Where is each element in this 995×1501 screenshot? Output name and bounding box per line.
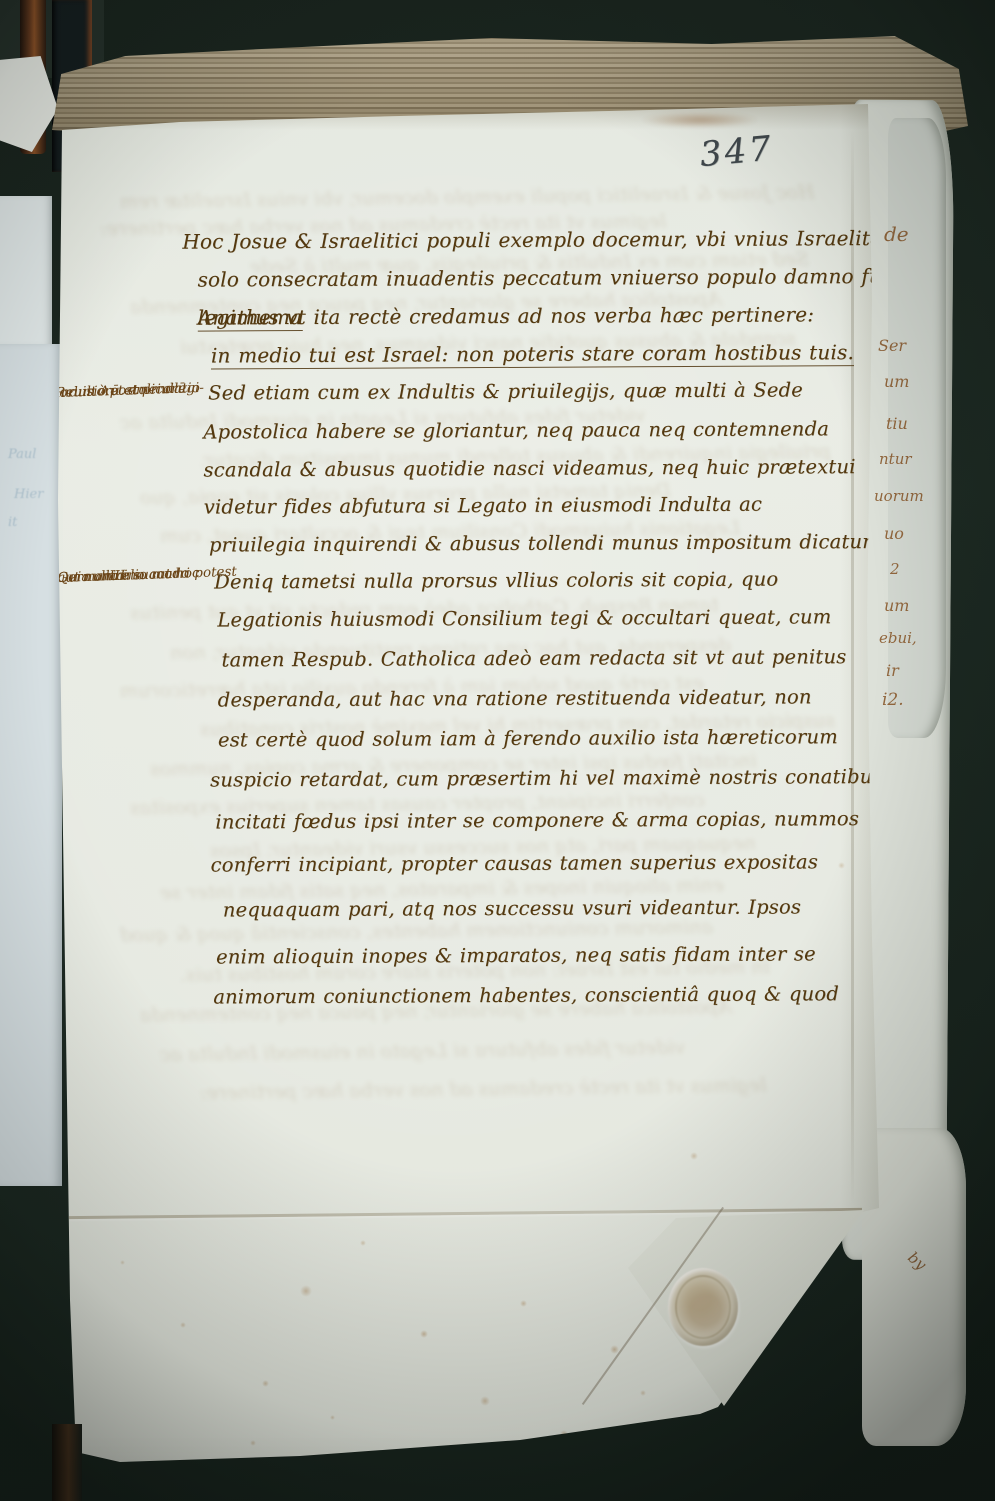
embossed-seal <box>668 1268 738 1346</box>
text-run: Legationis huiusmodi Consilium tegi & oc… <box>217 605 831 631</box>
text-run: priuilegia inquirendi & abusus tollendi … <box>209 530 876 556</box>
underlying-page-edge-left <box>0 196 52 346</box>
underlying-page-edge-left <box>0 344 62 1186</box>
adjacent-page-text-fragment: 2 <box>890 560 900 578</box>
text-run: enim alioquin inopes & imparatos, neq sa… <box>216 942 816 968</box>
stain-spot <box>480 1396 490 1406</box>
stain-spot <box>690 1152 698 1160</box>
text-run: conferri incipiant, propter causas tamen… <box>211 850 819 876</box>
page-number: 347 <box>698 128 775 175</box>
adjacent-page-text-fragment: uorum <box>874 487 924 505</box>
stain-spot <box>330 1415 335 1420</box>
stain-spot <box>420 1330 428 1338</box>
stain-spot <box>120 1260 125 1265</box>
stain-spot <box>262 1380 269 1387</box>
adjacent-page-text-fragment: Ser <box>878 336 906 355</box>
adjacent-page-text-fragment: de <box>884 222 909 246</box>
text-run: suspicio retardat, cum præsertim hi vel … <box>210 765 883 792</box>
text-run: est certè quod solum iam à ferendo auxil… <box>218 725 838 751</box>
adjacent-page-text-fragment: ntur <box>879 450 912 468</box>
stain-spot <box>180 1322 186 1328</box>
text-run: Apostolica habere se gloriantur, neq pau… <box>203 417 829 443</box>
stain-spot <box>640 1390 646 1396</box>
stain-spot <box>838 862 845 869</box>
stain-spot <box>560 1430 568 1438</box>
text-run: incitati fœdus ipsi inter se componere &… <box>215 807 859 833</box>
adjacent-page-text-fragment: uo <box>884 524 904 543</box>
stain-spot <box>300 1285 312 1297</box>
handwritten-text-block: 347 Hoc Josue & Israelitici populi exemp… <box>0 0 995 1501</box>
adjacent-page-text-fragment: um <box>884 596 909 615</box>
text-run: Sed etiam cum ex Indultis & priuilegijs,… <box>208 378 803 404</box>
left-page-faint-text-fragment: Hier <box>14 487 43 502</box>
text-run: in medio tui est Israel: non poteris sta… <box>211 340 854 369</box>
stain-spot <box>520 1300 527 1307</box>
text-run: Deniq tametsi nulla prorsus vllius color… <box>214 568 778 594</box>
adjacent-page-text-fragment: ir <box>886 661 899 680</box>
text-run: scandala & abusus quotidie nasci videamu… <box>203 455 855 481</box>
adjacent-page-text-fragment: tiu <box>886 414 908 433</box>
text-run: videtur fides abfutura si Legato in eius… <box>204 493 762 519</box>
stain-spot <box>360 1240 366 1246</box>
text-run: tamen Respub. Catholica adeò eam redacta… <box>221 645 846 671</box>
text-run: solo consecratam inuadentis peccatum vni… <box>197 264 921 292</box>
text-run: nequaquam pari, atq nos successu vsuri v… <box>223 895 801 921</box>
stain-spot <box>250 1440 256 1446</box>
manuscript-photo: PaulHierit Hoc Josue & Israelitici popul… <box>0 0 995 1501</box>
manuscript-page: Hoc Josue & Israelitici populi exemplo d… <box>0 0 995 1501</box>
text-run: animorum coniunctionem habentes, conscie… <box>213 982 839 1008</box>
text-run: Anathema <box>198 305 303 332</box>
stain-spot <box>760 1360 766 1366</box>
book-spine-bottom <box>52 1424 82 1501</box>
text-run: desperanda, aut hac vna ratione restitue… <box>218 685 812 711</box>
adjacent-page-text-fragment: um <box>884 372 909 391</box>
left-page-faint-text-fragment: Paul <box>8 447 36 462</box>
text-run: Hoc Josue & Israelitici populi exemplo d… <box>182 226 937 254</box>
left-page-faint-text-fragment: it <box>8 515 17 530</box>
adjacent-page-text-fragment: ebui, <box>879 629 917 647</box>
adjacent-page-text-fragment: i2. <box>882 690 904 710</box>
